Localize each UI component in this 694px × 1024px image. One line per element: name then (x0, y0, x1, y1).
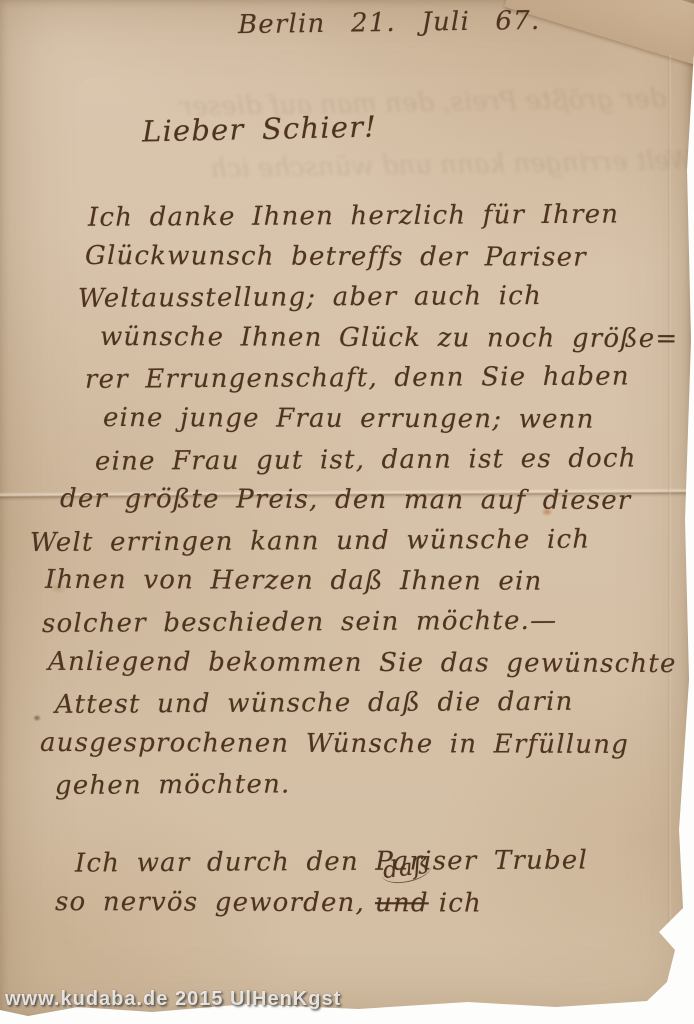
handwritten-line: Ich war durch den Pariser Trubel (75, 840, 588, 884)
handwritten-line: gehen möchten. (55, 762, 679, 806)
handwritten-line: rer Errungenschaft, denn Sie haben (85, 357, 679, 401)
handwritten-line: wünsche Ihnen Glück zu noch größe= (100, 317, 678, 360)
correction-wrap: unddaß (375, 883, 429, 924)
handwritten-line: Glückwunsch betreffs der Pariser (85, 236, 678, 279)
letter-scan-photo: der größte Preis, den man auf dieser Wel… (0, 0, 694, 1024)
line-prefix-text: so nervös geworden, (55, 887, 365, 918)
letter-body-paragraph-2: Ich war durch den Pariser Trubel so nerv… (30, 842, 588, 923)
handwritten-line: solcher beschieden sein möchte.— (42, 600, 679, 644)
letter-dateline: Berlin 21. Juli 67. (238, 6, 541, 40)
letter-paper: der größte Preis, den man auf dieser Wel… (0, 0, 694, 1024)
photo-watermark: www.kudaba.de 2015 UlHenKgst (5, 988, 341, 1011)
handwritten-line: Ihnen von Herzen daß Ihnen ein (45, 560, 678, 603)
handwritten-line: Welt erringen kann und wünsche ich (30, 519, 679, 564)
ink-showthrough: Welt erringen kann und wünsche ich (210, 146, 694, 184)
struck-out-word: und (375, 888, 429, 918)
line-suffix-text: ich (439, 888, 482, 918)
handwritten-line: Attest und wünsche daß die darin (55, 681, 679, 725)
handwritten-line-with-correction: so nervös geworden,unddaßich (55, 882, 588, 924)
handwritten-line: Ich danke Ihnen herzlich für Ihren (88, 194, 679, 238)
letter-body-paragraph-1: Ich danke Ihnen herzlich für Ihren Glück… (30, 196, 678, 805)
handwritten-line: eine junge Frau errungen; wenn (103, 398, 678, 441)
handwritten-line: Anliegend bekommen Sie das gewünschte (48, 641, 678, 684)
handwritten-line: ausgesprochenen Wünsche in Erfüllung (40, 723, 678, 766)
letter-salutation: Lieber Schier! (142, 110, 378, 149)
handwritten-line: Weltausstellung; aber auch ich (78, 275, 679, 319)
handwritten-line: der größte Preis, den man auf dieser (60, 479, 678, 522)
handwritten-line: eine Frau gut ist, dann ist es doch (95, 438, 679, 482)
